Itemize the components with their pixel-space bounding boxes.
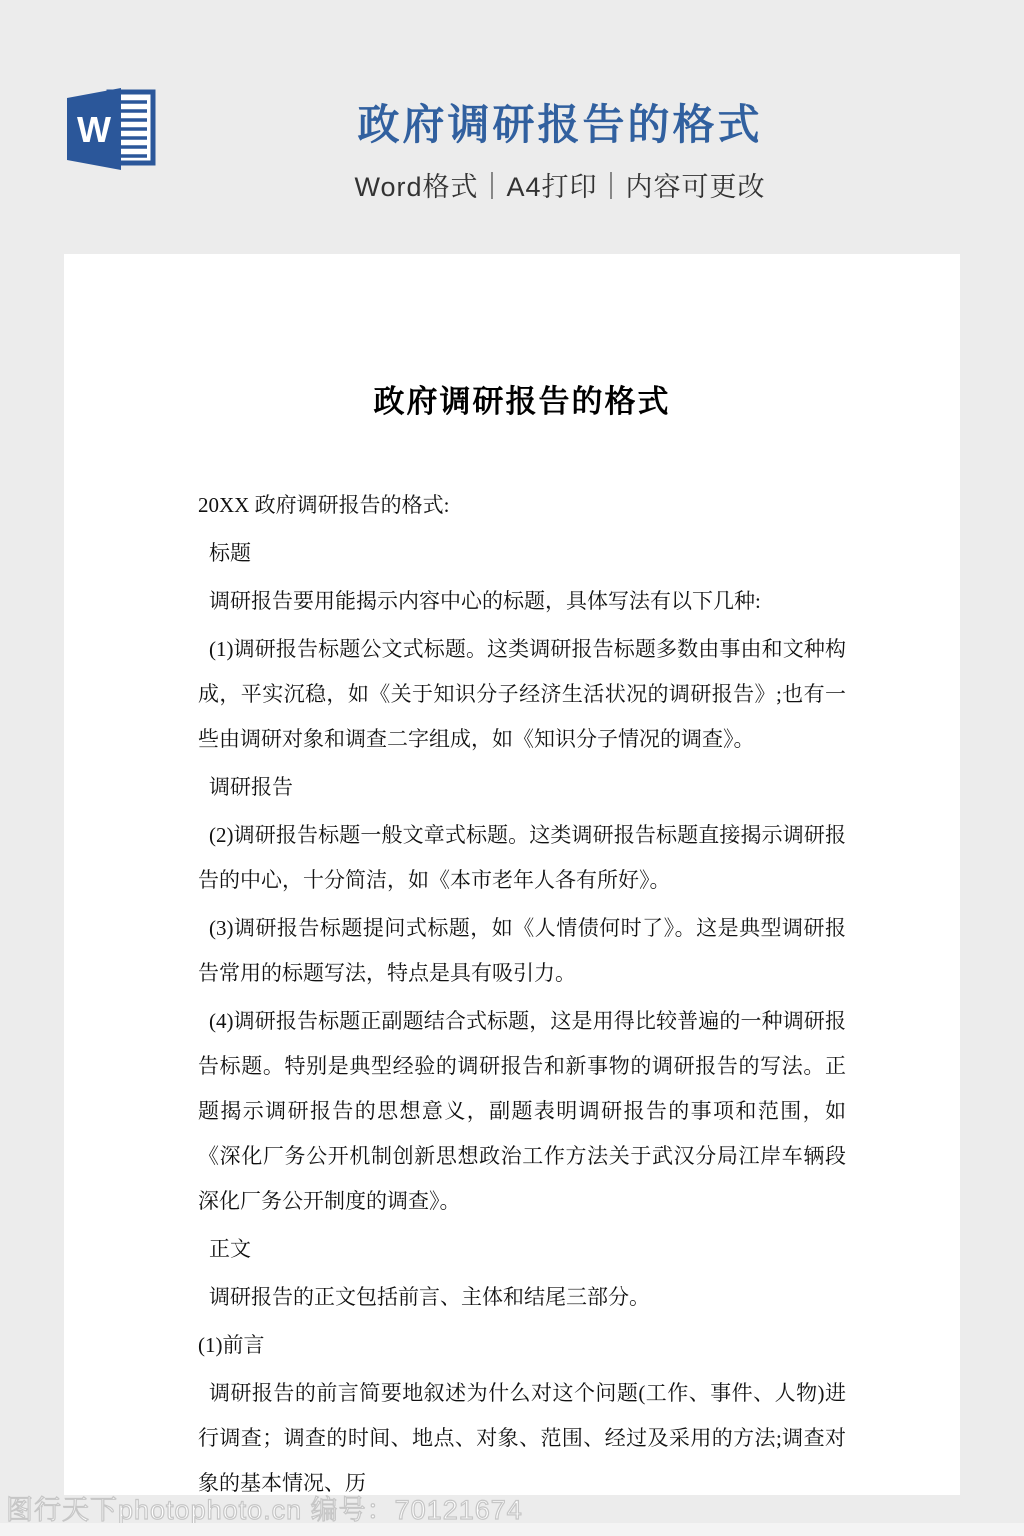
word-logo-letter: W	[77, 109, 111, 150]
paragraph: 标题	[198, 531, 846, 576]
paragraph: 调研报告的正文包括前言、主体和结尾三部分。	[198, 1275, 846, 1320]
document-page: 政府调研报告的格式 20XX 政府调研报告的格式:标题调研报告要用能揭示内容中心…	[64, 254, 960, 1495]
document-title: 政府调研报告的格式	[198, 376, 846, 421]
header-title: 政府调研报告的格式	[354, 92, 765, 152]
paragraph: 调研报告要用能揭示内容中心的标题，具体写法有以下几种:	[198, 579, 846, 624]
header-subtitle: Word格式｜A4打印｜内容可更改	[354, 165, 765, 204]
paragraph: 调研报告	[198, 765, 846, 810]
word-logo-icon: W	[63, 84, 159, 174]
header-text-block: 政府调研报告的格式 Word格式｜A4打印｜内容可更改	[354, 92, 765, 204]
paragraph: (3)调研报告标题提问式标题，如《人情债何时了》。这是典型调研报告常用的标题写法…	[198, 906, 846, 996]
paragraph: (1)前言	[198, 1323, 846, 1368]
paragraph: 正文	[198, 1227, 846, 1272]
paragraph: (4)调研报告标题正副题结合式标题，这是用得比较普遍的一种调研报告标题。特别是典…	[198, 999, 846, 1224]
watermark-text: 图行天下photophoto.cn 编号：70121674	[6, 1488, 523, 1527]
paragraph: 调研报告的前言简要地叙述为什么对这个问题(工作、事件、人物)进行调查；调查的时间…	[198, 1371, 846, 1495]
bottom-strip	[0, 1523, 1024, 1536]
paragraph: (2)调研报告标题一般文章式标题。这类调研报告标题直接揭示调研报告的中心，十分简…	[198, 813, 846, 903]
document-body: 20XX 政府调研报告的格式:标题调研报告要用能揭示内容中心的标题，具体写法有以…	[198, 483, 846, 1495]
paragraph: 20XX 政府调研报告的格式:	[198, 483, 846, 528]
page-header: W 政府调研报告的格式 Word格式｜A4打印｜内容可更改	[0, 0, 1024, 254]
paragraph: (1)调研报告标题公文式标题。这类调研报告标题多数由事由和文种构成，平实沉稳，如…	[198, 627, 846, 762]
